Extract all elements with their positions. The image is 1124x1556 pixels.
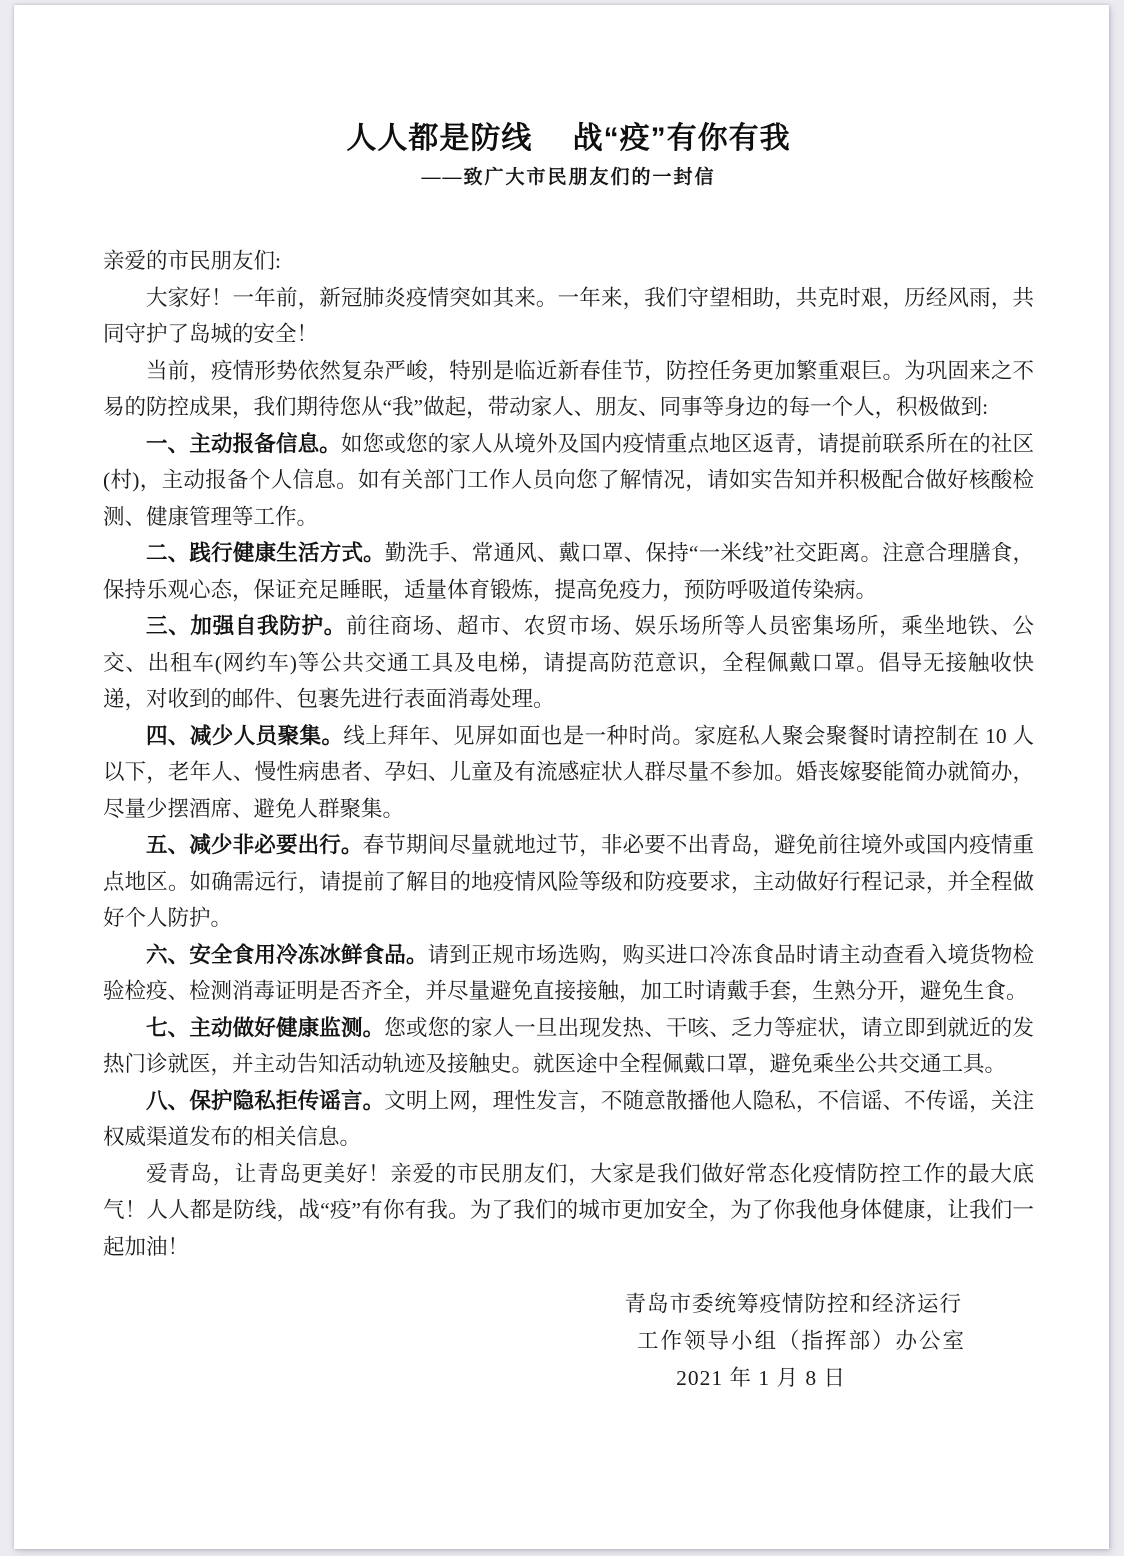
signature-org-line2: 工作领导小组（指挥部）办公室 (637, 1323, 966, 1360)
letter-subtitle: ——致广大市民朋友们的一封信 (103, 164, 1034, 192)
paragraph-lead: 八、保护隐私拒传谣言。 (146, 1089, 384, 1113)
paragraph-lead: 一、主动报备信息。 (146, 432, 341, 456)
letter-paragraph: 一、主动报备信息。如您或您的家人从境外及国内疫情重点地区返青，请提前联系所在的社… (103, 426, 1034, 536)
letter-content: 人人都是防线 战“疫”有你有我 ——致广大市民朋友们的一封信 亲爱的市民朋友们:… (103, 5, 1034, 1397)
paragraph-text: 大家好！一年前，新冠肺炎疫情突如其来。一年来，我们守望相助，共克时艰，历经风雨，… (103, 286, 1034, 347)
letter-paragraph: 三、加强自我防护。前往商场、超市、农贸市场、娱乐场所等人员密集场所，乘坐地铁、公… (103, 608, 1034, 718)
letter-paragraph: 大家好！一年前，新冠肺炎疫情突如其来。一年来，我们守望相助，共克时艰，历经风雨，… (103, 280, 1034, 353)
signature-block: 青岛市委统筹疫情防控和经济运行 工作领导小组（指挥部）办公室 2021 年 1 … (103, 1286, 1034, 1397)
paragraph-lead: 六、安全食用冷冻冰鲜食品。 (146, 943, 428, 967)
letter-paragraph: 当前，疫情形势依然复杂严峻，特别是临近新春佳节，防控任务更加繁重艰巨。为巩固来之… (103, 353, 1034, 426)
letter-paragraph: 二、践行健康生活方式。勤洗手、常通风、戴口罩、保持“一米线”社交距离。注意合理膳… (103, 535, 1034, 608)
paragraph-lead: 三、加强自我防护。 (146, 614, 346, 638)
letter-paragraph: 五、减少非必要出行。春节期间尽量就地过节，非必要不出青岛，避免前往境外或国内疫情… (103, 827, 1034, 937)
letter-title: 人人都是防线 战“疫”有你有我 (103, 117, 1034, 161)
letter-paragraph: 爱青岛，让青岛更美好！亲爱的市民朋友们，大家是我们做好常态化疫情防控工作的最大底… (103, 1156, 1034, 1266)
letter-salutation: 亲爱的市民朋友们: (103, 243, 1034, 280)
paragraph-text: 当前，疫情形势依然复杂严峻，特别是临近新春佳节，防控任务更加繁重艰巨。为巩固来之… (103, 359, 1034, 420)
scan-background: 人人都是防线 战“疫”有你有我 ——致广大市民朋友们的一封信 亲爱的市民朋友们:… (0, 0, 1124, 1556)
paragraph-lead: 七、主动做好健康监测。 (146, 1016, 384, 1040)
paragraph-text: 爱青岛，让青岛更美好！亲爱的市民朋友们，大家是我们做好常态化疫情防控工作的最大底… (103, 1162, 1034, 1259)
letter-paragraph: 六、安全食用冷冻冰鲜食品。请到正规市场选购，购买进口冷冻食品时请主动查看入境货物… (103, 937, 1034, 1010)
letter-paragraph: 八、保护隐私拒传谣言。文明上网，理性发言，不随意散播他人隐私，不信谣、不传谣，关… (103, 1083, 1034, 1156)
letter-paragraph: 四、减少人员聚集。线上拜年、见屏如面也是一种时尚。家庭私人聚会聚餐时请控制在 1… (103, 718, 1034, 828)
paragraph-lead: 五、减少非必要出行。 (146, 833, 363, 857)
document-page: 人人都是防线 战“疫”有你有我 ——致广大市民朋友们的一封信 亲爱的市民朋友们:… (14, 5, 1109, 1549)
signature-org-line1: 青岛市委统筹疫情防控和经济运行 (624, 1286, 962, 1323)
paragraph-lead: 四、减少人员聚集。 (146, 724, 343, 748)
signature-date: 2021 年 1 月 8 日 (676, 1360, 846, 1397)
paragraph-lead: 二、践行健康生活方式。 (146, 541, 385, 565)
letter-body: 大家好！一年前，新冠肺炎疫情突如其来。一年来，我们守望相助，共克时艰，历经风雨，… (103, 280, 1034, 1266)
letter-paragraph: 七、主动做好健康监测。您或您的家人一旦出现发热、干咳、乏力等症状，请立即到就近的… (103, 1010, 1034, 1083)
